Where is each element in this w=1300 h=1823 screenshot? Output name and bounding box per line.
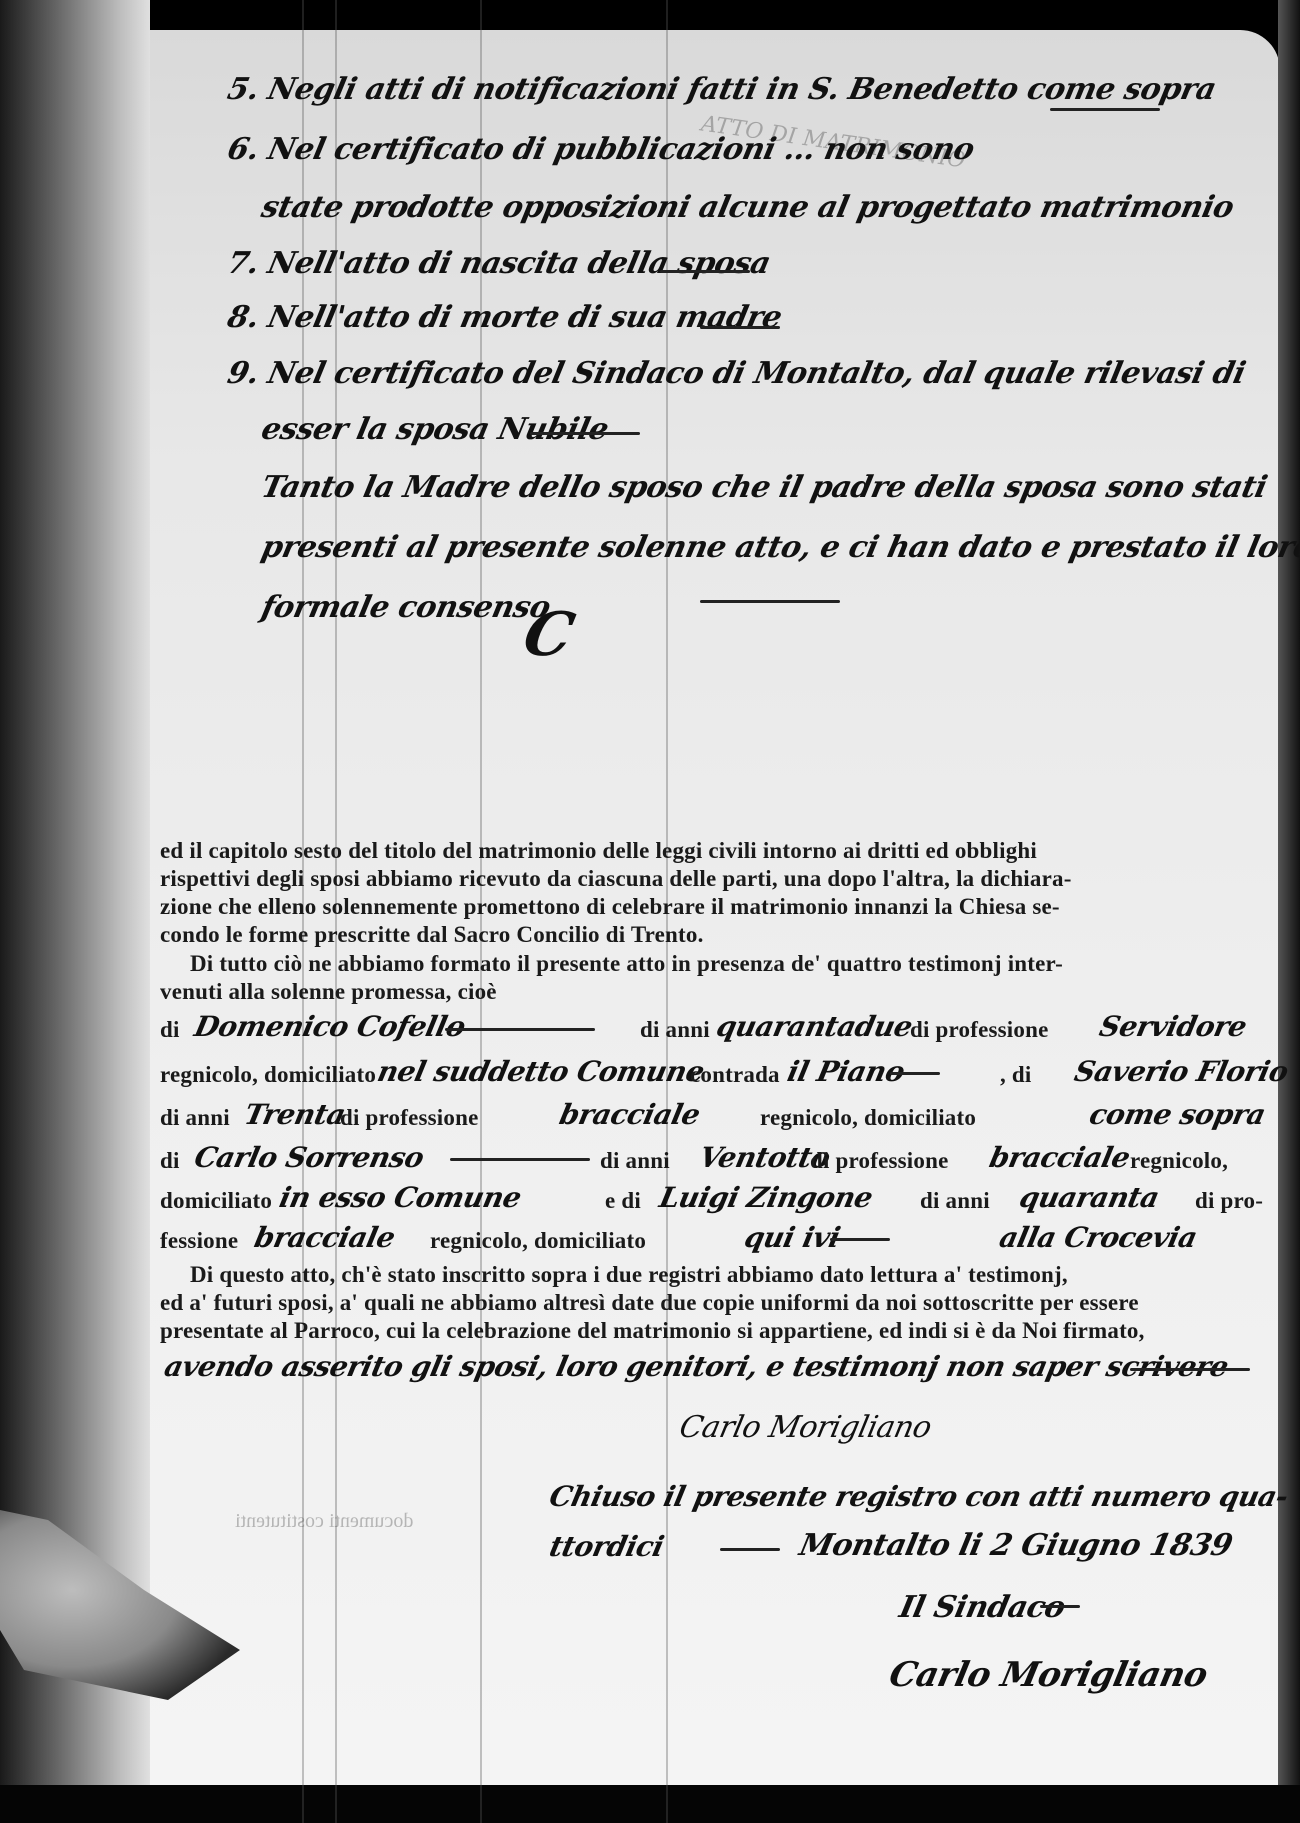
- profession-label: di professione: [810, 1148, 948, 1174]
- witness-4-age: quaranta: [1016, 1181, 1161, 1214]
- printed-line: zione che elleno solennemente promettono…: [160, 894, 1060, 920]
- printed-line: Di questo atto, ch'è stato inscritto sop…: [190, 1262, 1068, 1288]
- age-label: di anni: [600, 1148, 670, 1174]
- handwritten-item-8: 8. Nell'atto di morte di sua madre: [224, 300, 785, 335]
- register-closing-note-line-2: ttordici: [546, 1530, 666, 1563]
- street-label: contrada: [690, 1062, 780, 1088]
- fill-line: [720, 1548, 780, 1551]
- witness-3-domicile: in esso Comune: [276, 1181, 524, 1214]
- fill-line: [830, 1238, 890, 1241]
- handwritten-item-6: 6. Nel certificato di pubblicazioni ... …: [224, 132, 977, 167]
- profession-label-split: di pro-: [1195, 1188, 1263, 1214]
- witness-4-domicile: qui ivi: [741, 1221, 842, 1254]
- witness-1-domicile: nel suddetto Comune: [374, 1055, 707, 1088]
- page-right-edge: [1278, 0, 1300, 1823]
- handwritten-item-6-cont: state prodotte opposizioni alcune al pro…: [258, 190, 1236, 225]
- handwritten-item-9: 9. Nel certificato del Sindaco di Montal…: [224, 356, 1248, 391]
- domicile-label: domiciliato: [160, 1188, 272, 1214]
- signature-mayor: Carlo Morigliano: [886, 1655, 1211, 1695]
- printed-line: rispettivi degli sposi abbiamo ricevuto …: [160, 866, 1072, 892]
- handwritten-closing: avendo asserito gli sposi, loro genitori…: [161, 1350, 1231, 1383]
- fill-line: [1130, 1368, 1250, 1371]
- fill-line: [530, 432, 640, 435]
- witness-prefix: di: [160, 1148, 180, 1174]
- printed-line: Di tutto ciò ne abbiamo formato il prese…: [190, 951, 1063, 977]
- printed-line: venuti alla solenne promessa, cioè: [160, 979, 497, 1005]
- witness-3-profession: bracciale: [986, 1141, 1132, 1174]
- profession-label-cont: fessione: [160, 1228, 238, 1254]
- handwritten-consent-line-1: Tanto la Madre dello sposo che il padre …: [258, 470, 1270, 505]
- printed-line: condo le forme prescritte dal Sacro Conc…: [160, 922, 704, 948]
- witness-1-profession: Servidore: [1096, 1010, 1249, 1043]
- fill-line: [890, 1072, 940, 1075]
- fill-line: [445, 1028, 595, 1031]
- witness-1-age: quarantadue: [713, 1010, 915, 1043]
- age-label: di anni: [640, 1017, 710, 1043]
- page-bottom-edge: [0, 1785, 1300, 1823]
- fill-line: [1050, 108, 1160, 111]
- printed-line: ed a' futuri sposi, a' quali ne abbiamo …: [160, 1290, 1139, 1316]
- profession-label: di professione: [340, 1105, 478, 1131]
- handwritten-item-5: 5. Negli atti di notificazioni fatti in …: [224, 72, 1219, 107]
- witness-4-street: alla Crocevia: [996, 1221, 1199, 1254]
- witness-4-profession: bracciale: [251, 1221, 397, 1254]
- connector: e di: [605, 1188, 641, 1214]
- witness-2-domicile: come sopra: [1086, 1098, 1268, 1131]
- handwritten-item-9-cont: esser la sposa Nubile: [258, 412, 611, 447]
- witness-2-profession: bracciale: [556, 1098, 702, 1131]
- place-and-date: Montalto li 2 Giugno 1839: [796, 1528, 1235, 1563]
- witness-4-name: Luigi Zingone: [656, 1181, 875, 1214]
- witness-1-name: Domenico Cofello: [191, 1010, 468, 1043]
- fill-line: [1040, 1605, 1080, 1608]
- age-label: di anni: [920, 1188, 990, 1214]
- handwritten-item-7: 7. Nell'atto di nascita della sposa: [224, 246, 773, 281]
- domicile-label: regnicolo, domiciliato: [160, 1062, 376, 1088]
- domicile-label: regnicolo, domiciliato: [430, 1228, 646, 1254]
- printed-line: presentate al Parroco, cui la celebrazio…: [160, 1318, 1145, 1344]
- nationality-label: regnicolo,: [1130, 1148, 1228, 1174]
- profession-label: di professione: [910, 1017, 1048, 1043]
- witness-line-1: di: [160, 1017, 180, 1043]
- age-label: di anni: [160, 1105, 230, 1131]
- connector: , di: [1000, 1062, 1031, 1088]
- fill-line: [450, 1158, 590, 1161]
- witness-1-street: il Piano: [784, 1055, 907, 1088]
- domicile-label: regnicolo, domiciliato: [760, 1105, 976, 1131]
- fill-line: [660, 270, 750, 273]
- register-closing-note-line-1: Chiuso il presente registro con atti num…: [546, 1480, 1290, 1513]
- witness-2-age: Trenta: [241, 1098, 348, 1131]
- handwritten-consent-line-3: formale consenso: [258, 590, 553, 625]
- witness-3-name: Carlo Sorrenso: [191, 1141, 426, 1174]
- handwritten-consent-line-2: presenti al presente solenne atto, e ci …: [258, 530, 1300, 565]
- fill-line: [700, 326, 780, 329]
- bleed-through-text: documenti costitutenti: [235, 1510, 413, 1533]
- fill-line: [700, 600, 840, 603]
- signature-carlo-morigliano: Carlo Morigliano: [676, 1410, 934, 1445]
- printed-line: ed il capitolo sesto del titolo del matr…: [160, 838, 1037, 864]
- witness-2-name: Saverio Florio: [1071, 1055, 1291, 1088]
